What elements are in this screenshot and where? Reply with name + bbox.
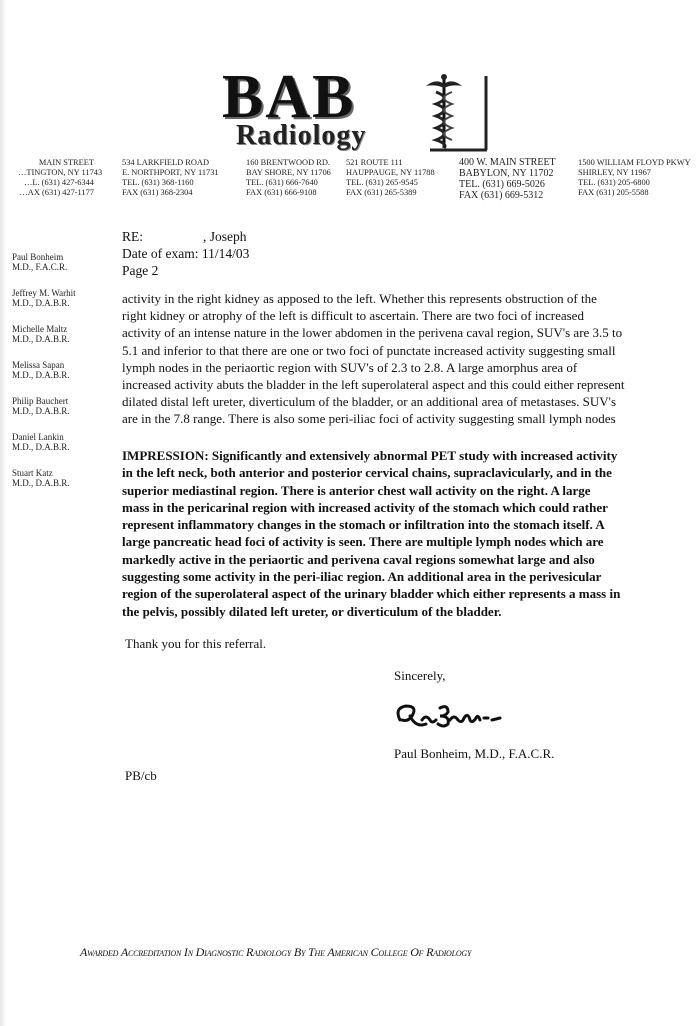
- office-2: 534 Larkfield Road E. Northport, NY 1173…: [122, 158, 219, 198]
- signature-icon: [392, 698, 522, 734]
- exam-date-label: Date of exam:: [122, 246, 198, 261]
- office-1: Main Street …tington, NY 11743 …L. (631)…: [18, 158, 94, 198]
- physician-entry: Melissa Sapan M.D., D.A.B.R.: [12, 360, 112, 380]
- exam-date-line: Date of exam: 11/14/03: [122, 245, 249, 262]
- logo-title: BAB: [222, 66, 355, 128]
- exam-date: 11/14/03: [202, 246, 250, 261]
- salutation: Sincerely,: [394, 668, 446, 684]
- physician-entry: Jeffrey M. Warhit M.D., D.A.B.R.: [12, 288, 112, 308]
- patient-name: , Joseph: [203, 229, 247, 244]
- logo-subtitle: Radiology: [236, 122, 366, 150]
- office-6: 1500 William Floyd Pkwy Shirley, NY 1196…: [578, 158, 691, 198]
- office-5: 400 W. Main Street Babylon, NY 11702 Tel…: [459, 157, 556, 201]
- physician-list: Paul Bonheim M.D., F.A.C.R. Jeffrey M. W…: [12, 252, 112, 504]
- physician-entry: Paul Bonheim M.D., F.A.C.R.: [12, 252, 112, 272]
- bab-radiology-logo: BAB Radiology: [222, 72, 492, 154]
- office-4: 521 Route 111 Hauppauge, NY 11788 Tel. (…: [346, 158, 435, 198]
- office-3: 160 Brentwood Rd. Bay Shore, NY 11706 Te…: [246, 158, 331, 198]
- accreditation-footer: Awarded Accreditation In Diagnostic Radi…: [80, 945, 700, 960]
- signer-name: Paul Bonheim, M.D., F.A.C.R.: [394, 746, 554, 762]
- office-addresses: Main Street …tington, NY 11743 …L. (631)…: [0, 158, 700, 208]
- physician-entry: Stuart Katz M.D., D.A.B.R.: [12, 468, 112, 488]
- caduceus-icon: [422, 72, 492, 154]
- re-line: RE:, Joseph: [122, 228, 249, 245]
- thanks-line: Thank you for this referral.: [125, 636, 266, 652]
- letter-header: RE:, Joseph Date of exam: 11/14/03 Page …: [122, 228, 249, 279]
- re-label: RE:: [122, 229, 143, 244]
- physician-entry: Daniel Lankin M.D., D.A.B.R.: [12, 432, 112, 452]
- page-number: Page 2: [122, 262, 249, 279]
- typist-initials: PB/cb: [125, 768, 157, 784]
- scan-edge: [0, 0, 6, 1026]
- impression-paragraph: IMPRESSION: Significantly and extensivel…: [122, 447, 700, 620]
- findings-paragraph: activity in the right kidney as apposed …: [122, 290, 700, 428]
- physician-entry: Michelle Maltz M.D., D.A.B.R.: [12, 324, 112, 344]
- physician-entry: Philip Bauchert M.D., D.A.B.R.: [12, 396, 112, 416]
